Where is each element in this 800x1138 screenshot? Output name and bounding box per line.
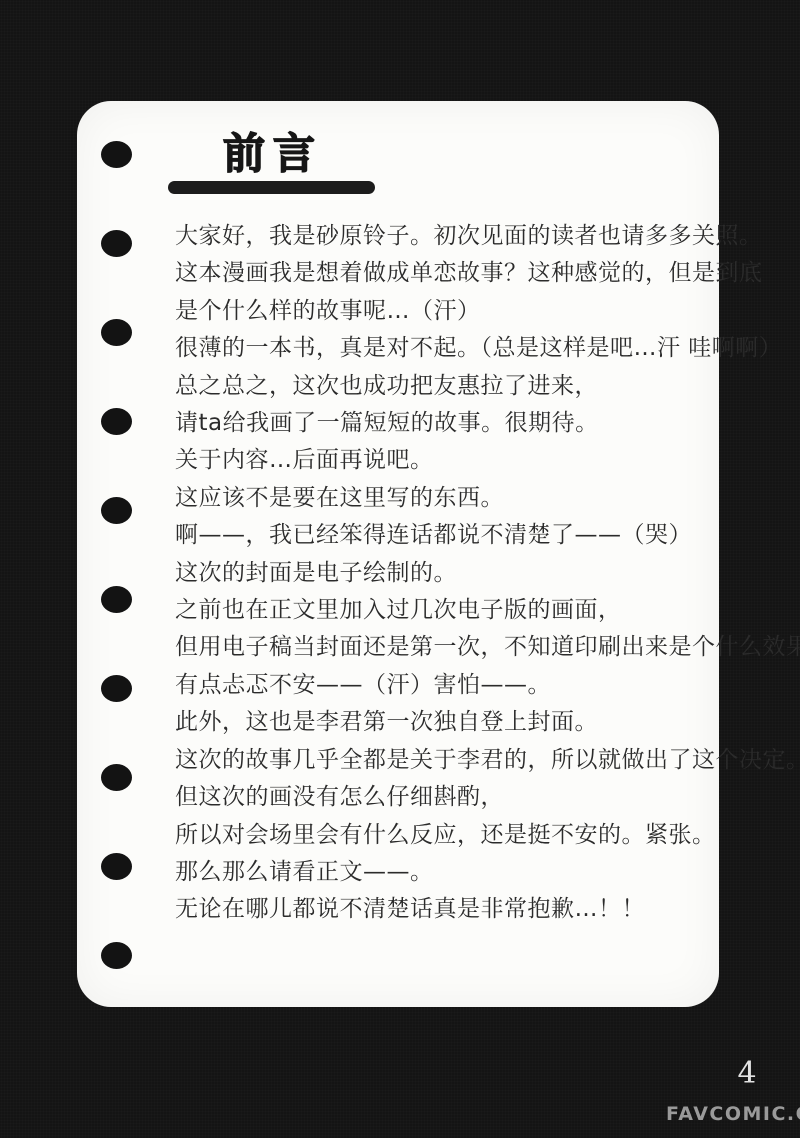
title-underline: [168, 181, 375, 194]
binder-hole: [101, 942, 132, 969]
preface-line: 这应该不是要在这里写的东西。: [175, 480, 715, 517]
preface-line: 无论在哪儿都说不清楚话真是非常抱歉…！！: [175, 891, 715, 928]
notebook-page: 前言 大家好，我是砂原铃子。初次见面的读者也请多多关照。这本漫画我是想着做成单恋…: [77, 101, 719, 1007]
binder-hole: [101, 764, 132, 791]
binder-hole: [101, 141, 132, 168]
binder-hole: [101, 675, 132, 702]
preface-line: 总之总之，这次也成功把友惠拉了进来，: [175, 368, 715, 405]
preface-line: 但用电子稿当封面还是第一次，不知道印刷出来是个什么效果，: [175, 629, 715, 666]
preface-line: 啊——，我已经笨得连话都说不清楚了——（哭）: [175, 517, 715, 554]
preface-line: 大家好，我是砂原铃子。初次见面的读者也请多多关照。: [175, 218, 715, 255]
binder-hole: [101, 230, 132, 257]
binder-hole: [101, 319, 132, 346]
preface-line: 那么那么请看正文——。: [175, 854, 715, 891]
title-block: 前言: [168, 133, 375, 194]
preface-line: 此外，这也是李君第一次独自登上封面。: [175, 704, 715, 741]
watermark: FAVCOMIC.COM: [666, 1103, 800, 1125]
binder-hole: [101, 853, 132, 880]
binder-hole: [101, 408, 132, 435]
preface-line: 但这次的画没有怎么仔细斟酌，: [175, 779, 715, 816]
preface-line: 这本漫画我是想着做成单恋故事？这种感觉的，但是到底: [175, 255, 715, 292]
page-number: 4: [730, 1056, 764, 1091]
preface-line: 请ta给我画了一篇短短的故事。很期待。: [175, 405, 715, 442]
preface-lines: 大家好，我是砂原铃子。初次见面的读者也请多多关照。这本漫画我是想着做成单恋故事？…: [175, 218, 715, 929]
binder-hole: [101, 586, 132, 613]
scan-background: 前言 大家好，我是砂原铃子。初次见面的读者也请多多关照。这本漫画我是想着做成单恋…: [0, 0, 800, 1138]
preface-line: 有点忐忑不安——（汗）害怕——。: [175, 667, 715, 704]
binder-hole: [101, 497, 132, 524]
preface-line: 这次的故事几乎全都是关于李君的，所以就做出了这个决定。: [175, 742, 715, 779]
binder-holes: [101, 141, 132, 969]
preface-line: 之前也在正文里加入过几次电子版的画面，: [175, 592, 715, 629]
preface-line: 这次的封面是电子绘制的。: [175, 555, 715, 592]
preface-line: 很薄的一本书，真是对不起。（总是这样是吧…汗 哇啊啊）: [175, 330, 715, 367]
preface-line: 是个什么样的故事呢…（汗）: [175, 293, 715, 330]
preface-line: 所以对会场里会有什么反应，还是挺不安的。紧张。: [175, 817, 715, 854]
page-title: 前言: [168, 133, 375, 175]
preface-line: 关于内容…后面再说吧。: [175, 442, 715, 479]
